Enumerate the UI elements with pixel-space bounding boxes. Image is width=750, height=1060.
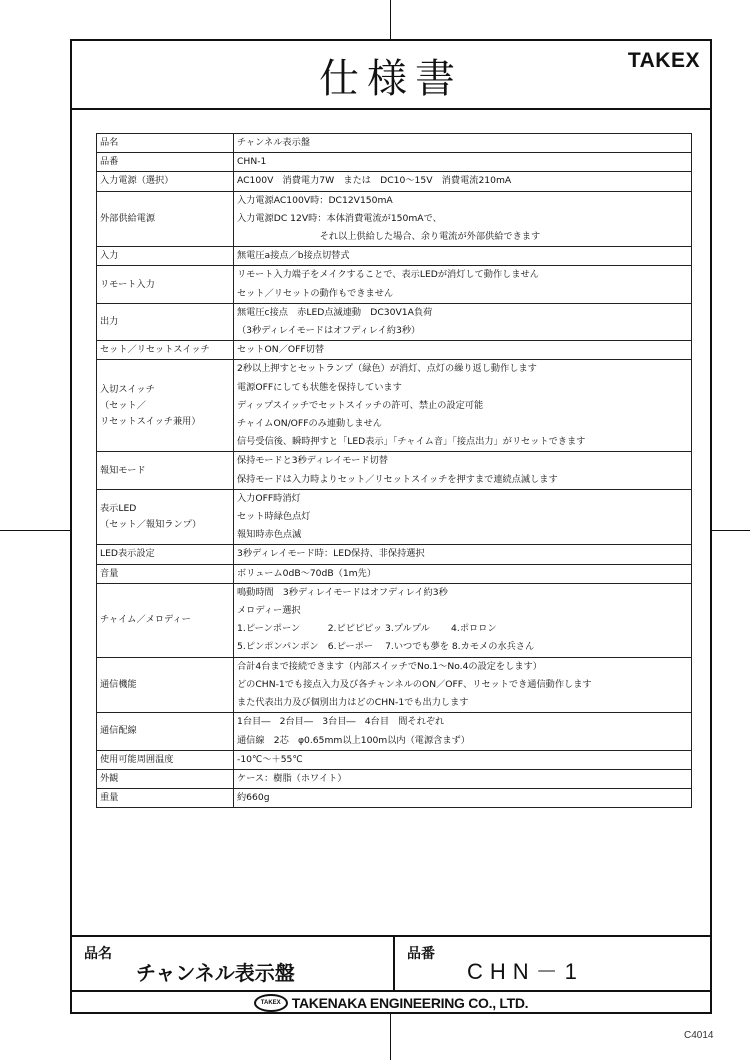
spec-table: 品名チャンネル表示盤品番CHN-1入力電源（選択）AC100V 消費電力7W ま…: [96, 133, 692, 808]
spec-value-line: （3秒ディレイモードはオフディレイ約3秒）: [237, 322, 688, 340]
spec-value-cell: ケース：樹脂（ホワイト）: [234, 769, 692, 788]
spec-value-line: AC100V 消費電力7W または DC10～15V 消費電流210mA: [237, 172, 688, 190]
spec-label-cell: 品番: [97, 153, 234, 172]
spec-label-cell: 出力: [97, 303, 234, 340]
crop-mark-top: [390, 0, 391, 39]
spec-label: 入力: [100, 248, 230, 264]
spec-label: 音量: [100, 566, 230, 582]
spec-label: 外部供給電源: [100, 211, 230, 227]
product-name-label: 品名: [84, 943, 112, 963]
spec-value-line: 入力OFF時消灯: [237, 490, 688, 508]
spec-label-cell: 使用可能周囲温度: [97, 750, 234, 769]
spec-label-cell: 通信機能: [97, 657, 234, 713]
spec-label: 入力電源（選択）: [100, 173, 230, 189]
spec-label: 使用可能周囲温度: [100, 752, 230, 768]
spec-row: 外部供給電源入力電源AC100V時：DC12V150mA入力電源DC 12V時：…: [97, 191, 692, 247]
document-number: C4014: [684, 1030, 713, 1041]
spec-label-cell: リモート入力: [97, 266, 234, 303]
spec-value-cell: AC100V 消費電力7W または DC10～15V 消費電流210mA: [234, 172, 692, 191]
spec-label: 報知モード: [100, 463, 230, 479]
spec-value-cell: ボリューム0dB～70dB（1m先）: [234, 564, 692, 583]
product-code-value: CHN－1: [467, 955, 584, 986]
spec-value-cell: 2秒以上押すとセットランプ（緑色）が消灯、点灯の繰り返し動作します電源OFFにし…: [234, 360, 692, 452]
spec-label: （セット／: [100, 398, 230, 414]
spec-value-line: チャンネル表示盤: [237, 134, 688, 152]
spec-row: 品名チャンネル表示盤: [97, 134, 692, 153]
spec-row: 入力無電圧a接点／b接点切替式: [97, 247, 692, 266]
company-name: TAKENAKA ENGINEERING CO., LTD.: [292, 995, 529, 1011]
spec-label: 通信機能: [100, 677, 230, 693]
spec-row: LED表示設定3秒ディレイモード時：LED保持、非保持選択: [97, 545, 692, 564]
spec-label-cell: チャイム／メロディー: [97, 583, 234, 657]
spec-label: リセットスイッチ兼用）: [100, 414, 230, 430]
spec-value-line: 約660g: [237, 789, 688, 807]
document-frame: 仕様書 TAKEX 品名チャンネル表示盤品番CHN-1入力電源（選択）AC100…: [70, 39, 712, 1014]
spec-label: （セット／報知ランプ）: [100, 517, 230, 533]
spec-label-cell: 外部供給電源: [97, 191, 234, 247]
spec-value-line: どのCHN-1でも接点入力及び各チャンネルのON／OFF、リセットでき通信動作し…: [237, 676, 688, 694]
product-name-cell: 品名 チャンネル表示盤: [72, 937, 395, 990]
page-title: 仕様書: [72, 47, 710, 104]
spec-value-line: 2秒以上押すとセットランプ（緑色）が消灯、点灯の繰り返し動作します: [237, 360, 688, 378]
spec-value-cell: 約660g: [234, 789, 692, 808]
product-name-value: チャンネル表示盤: [136, 957, 295, 986]
crop-mark-left: [0, 530, 70, 531]
spec-value-line: セット／リセットの動作もできません: [237, 285, 688, 303]
spec-value-line: 1.ピーンポーン 2.ピピピピッ 3.プルプル 4.ポロロン: [237, 620, 688, 638]
spec-label: 品名: [100, 135, 230, 151]
spec-value-line: 無電圧c接点 赤LED点滅連動 DC30V1A負荷: [237, 304, 688, 322]
spec-value-line: 入力電源AC100V時：DC12V150mA: [237, 192, 688, 210]
spec-row: 使用可能周囲温度-10℃～＋55℃: [97, 750, 692, 769]
spec-row: 出力無電圧c接点 赤LED点滅連動 DC30V1A負荷（3秒ディレイモードはオフ…: [97, 303, 692, 340]
spec-label: 外観: [100, 771, 230, 787]
spec-row: チャイム／メロディー鳴動時間 3秒ディレイモードはオフディレイ約3秒メロディー選…: [97, 583, 692, 657]
spec-label: 重量: [100, 790, 230, 806]
takex-oval-logo-icon: TAKEX: [254, 994, 288, 1012]
spec-value-line: 鳴動時間 3秒ディレイモードはオフディレイ約3秒: [237, 584, 688, 602]
spec-value-line: 入力電源DC 12V時：本体消費電流が150mAで、: [237, 210, 688, 228]
spec-label-cell: 表示LED（セット／報知ランプ）: [97, 489, 234, 545]
spec-value-line: また代表出力及び個別出力はどのCHN-1でも出力します: [237, 694, 688, 712]
spec-value-line: 通信線 2芯 φ0.65mm以上100m以内（電源含まず）: [237, 732, 688, 750]
spec-label: セット／リセットスイッチ: [100, 342, 230, 358]
spec-value-line: ケース：樹脂（ホワイト）: [237, 770, 688, 788]
spec-row: 入力電源（選択）AC100V 消費電力7W または DC10～15V 消費電流2…: [97, 172, 692, 191]
spec-row: 品番CHN-1: [97, 153, 692, 172]
spec-label-cell: 外観: [97, 769, 234, 788]
spec-table-body: 品名チャンネル表示盤品番CHN-1入力電源（選択）AC100V 消費電力7W ま…: [97, 134, 692, 808]
spec-value-line: 報知時赤色点滅: [237, 526, 688, 544]
spec-label: チャイム／メロディー: [100, 612, 230, 628]
spec-label-cell: LED表示設定: [97, 545, 234, 564]
document-header: 仕様書 TAKEX: [72, 41, 710, 110]
spec-label: LED表示設定: [100, 546, 230, 562]
spec-value-cell: CHN-1: [234, 153, 692, 172]
spec-value-line: ディップスイッチでセットスイッチの許可、禁止の設定可能: [237, 397, 688, 415]
spec-value-cell: 入力OFF時消灯セット時緑色点灯報知時赤色点滅: [234, 489, 692, 545]
spec-row: 入切スイッチ（セット／リセットスイッチ兼用）2秒以上押すとセットランプ（緑色）が…: [97, 360, 692, 452]
crop-mark-right: [712, 530, 750, 531]
spec-value-cell: 入力電源AC100V時：DC12V150mA入力電源DC 12V時：本体消費電流…: [234, 191, 692, 247]
crop-mark-bottom: [390, 1014, 391, 1060]
product-row: 品名 チャンネル表示盤 品番 CHN－1: [72, 937, 710, 992]
spec-value-line: それ以上供給した場合、余り電流が外部供給できます: [237, 228, 688, 246]
spec-value-line: 信号受信後、瞬時押すと「LED表示」「チャイム音」「接点出力」がリセットできます: [237, 433, 688, 451]
spec-value-line: 保持モードは入力時よりセット／リセットスイッチを押すまで連続点滅します: [237, 471, 688, 489]
spec-value-line: チャイムON/OFFのみ連動しません: [237, 415, 688, 433]
spec-label-cell: 入力: [97, 247, 234, 266]
spec-value-line: 合計4台まで接続できます（内部スイッチでNo.1～No.4の設定をします）: [237, 658, 688, 676]
spec-value-line: メロディー選択: [237, 602, 688, 620]
spec-label-cell: 通信配線: [97, 713, 234, 750]
spec-value-cell: 鳴動時間 3秒ディレイモードはオフディレイ約3秒メロディー選択1.ピーンポーン …: [234, 583, 692, 657]
spec-label: 入切スイッチ: [100, 382, 230, 398]
brand-logo: TAKEX: [628, 49, 700, 73]
spec-value-line: 5.ピンポンパンポン 6.ピーポー 7.いつでも夢を 8.カモメの水兵さん: [237, 638, 688, 656]
spec-row: 外観ケース：樹脂（ホワイト）: [97, 769, 692, 788]
spec-label: 品番: [100, 154, 230, 170]
spec-value-cell: 保持モードと3秒ディレイモード切替保持モードは入力時よりセット／リセットスイッチ…: [234, 452, 692, 489]
spec-label-cell: 音量: [97, 564, 234, 583]
spec-label-cell: 入切スイッチ（セット／リセットスイッチ兼用）: [97, 360, 234, 452]
spec-row: リモート入力リモート入力端子をメイクすることで、表示LEDが消灯して動作しません…: [97, 266, 692, 303]
spec-row: 報知モード保持モードと3秒ディレイモード切替保持モードは入力時よりセット／リセッ…: [97, 452, 692, 489]
spec-value-cell: チャンネル表示盤: [234, 134, 692, 153]
spec-label-cell: 報知モード: [97, 452, 234, 489]
spec-label-cell: 入力電源（選択）: [97, 172, 234, 191]
spec-row: 重量約660g: [97, 789, 692, 808]
spec-value-line: 3秒ディレイモード時：LED保持、非保持選択: [237, 545, 688, 563]
spec-label-cell: 重量: [97, 789, 234, 808]
spec-row: 表示LED（セット／報知ランプ）入力OFF時消灯セット時緑色点灯報知時赤色点滅: [97, 489, 692, 545]
spec-label: 出力: [100, 314, 230, 330]
spec-value-line: 1台目― 2台目― 3台目― 4台目 間それぞれ: [237, 713, 688, 731]
spec-value-cell: 3秒ディレイモード時：LED保持、非保持選択: [234, 545, 692, 564]
spec-value-line: リモート入力端子をメイクすることで、表示LEDが消灯して動作しません: [237, 266, 688, 284]
spec-value-cell: セットON／OFF切替: [234, 341, 692, 360]
spec-value-line: 保持モードと3秒ディレイモード切替: [237, 452, 688, 470]
spec-label-cell: セット／リセットスイッチ: [97, 341, 234, 360]
spec-label: リモート入力: [100, 277, 230, 293]
spec-value-cell: リモート入力端子をメイクすることで、表示LEDが消灯して動作しませんセット／リセ…: [234, 266, 692, 303]
spec-row: 音量ボリューム0dB～70dB（1m先）: [97, 564, 692, 583]
product-code-label: 品番: [407, 943, 435, 963]
spec-value-line: CHN-1: [237, 153, 688, 171]
spec-value-line: セット時緑色点灯: [237, 508, 688, 526]
spec-value-line: 無電圧a接点／b接点切替式: [237, 247, 688, 265]
spec-label-cell: 品名: [97, 134, 234, 153]
company-row: TAKEX TAKENAKA ENGINEERING CO., LTD.: [72, 992, 710, 1014]
product-code-cell: 品番 CHN－1: [395, 937, 710, 990]
spec-value-cell: 無電圧c接点 赤LED点滅連動 DC30V1A負荷（3秒ディレイモードはオフディ…: [234, 303, 692, 340]
spec-label: 表示LED: [100, 501, 230, 517]
spec-row: 通信配線1台目― 2台目― 3台目― 4台目 間それぞれ通信線 2芯 φ0.65…: [97, 713, 692, 750]
spec-value-line: -10℃～＋55℃: [237, 751, 688, 769]
spec-label: 通信配線: [100, 723, 230, 739]
spec-value-line: ボリューム0dB～70dB（1m先）: [237, 565, 688, 583]
spec-value-line: セットON／OFF切替: [237, 341, 688, 359]
spec-value-cell: 1台目― 2台目― 3台目― 4台目 間それぞれ通信線 2芯 φ0.65mm以上…: [234, 713, 692, 750]
spec-value-line: 電源OFFにしても状態を保持しています: [237, 379, 688, 397]
spec-value-cell: 無電圧a接点／b接点切替式: [234, 247, 692, 266]
title-block: 品名 チャンネル表示盤 品番 CHN－1 TAKEX TAKENAKA ENGI…: [72, 935, 710, 1014]
spec-value-cell: -10℃～＋55℃: [234, 750, 692, 769]
spec-value-cell: 合計4台まで接続できます（内部スイッチでNo.1～No.4の設定をします）どのC…: [234, 657, 692, 713]
spec-row: 通信機能合計4台まで接続できます（内部スイッチでNo.1～No.4の設定をします…: [97, 657, 692, 713]
spec-row: セット／リセットスイッチセットON／OFF切替: [97, 341, 692, 360]
